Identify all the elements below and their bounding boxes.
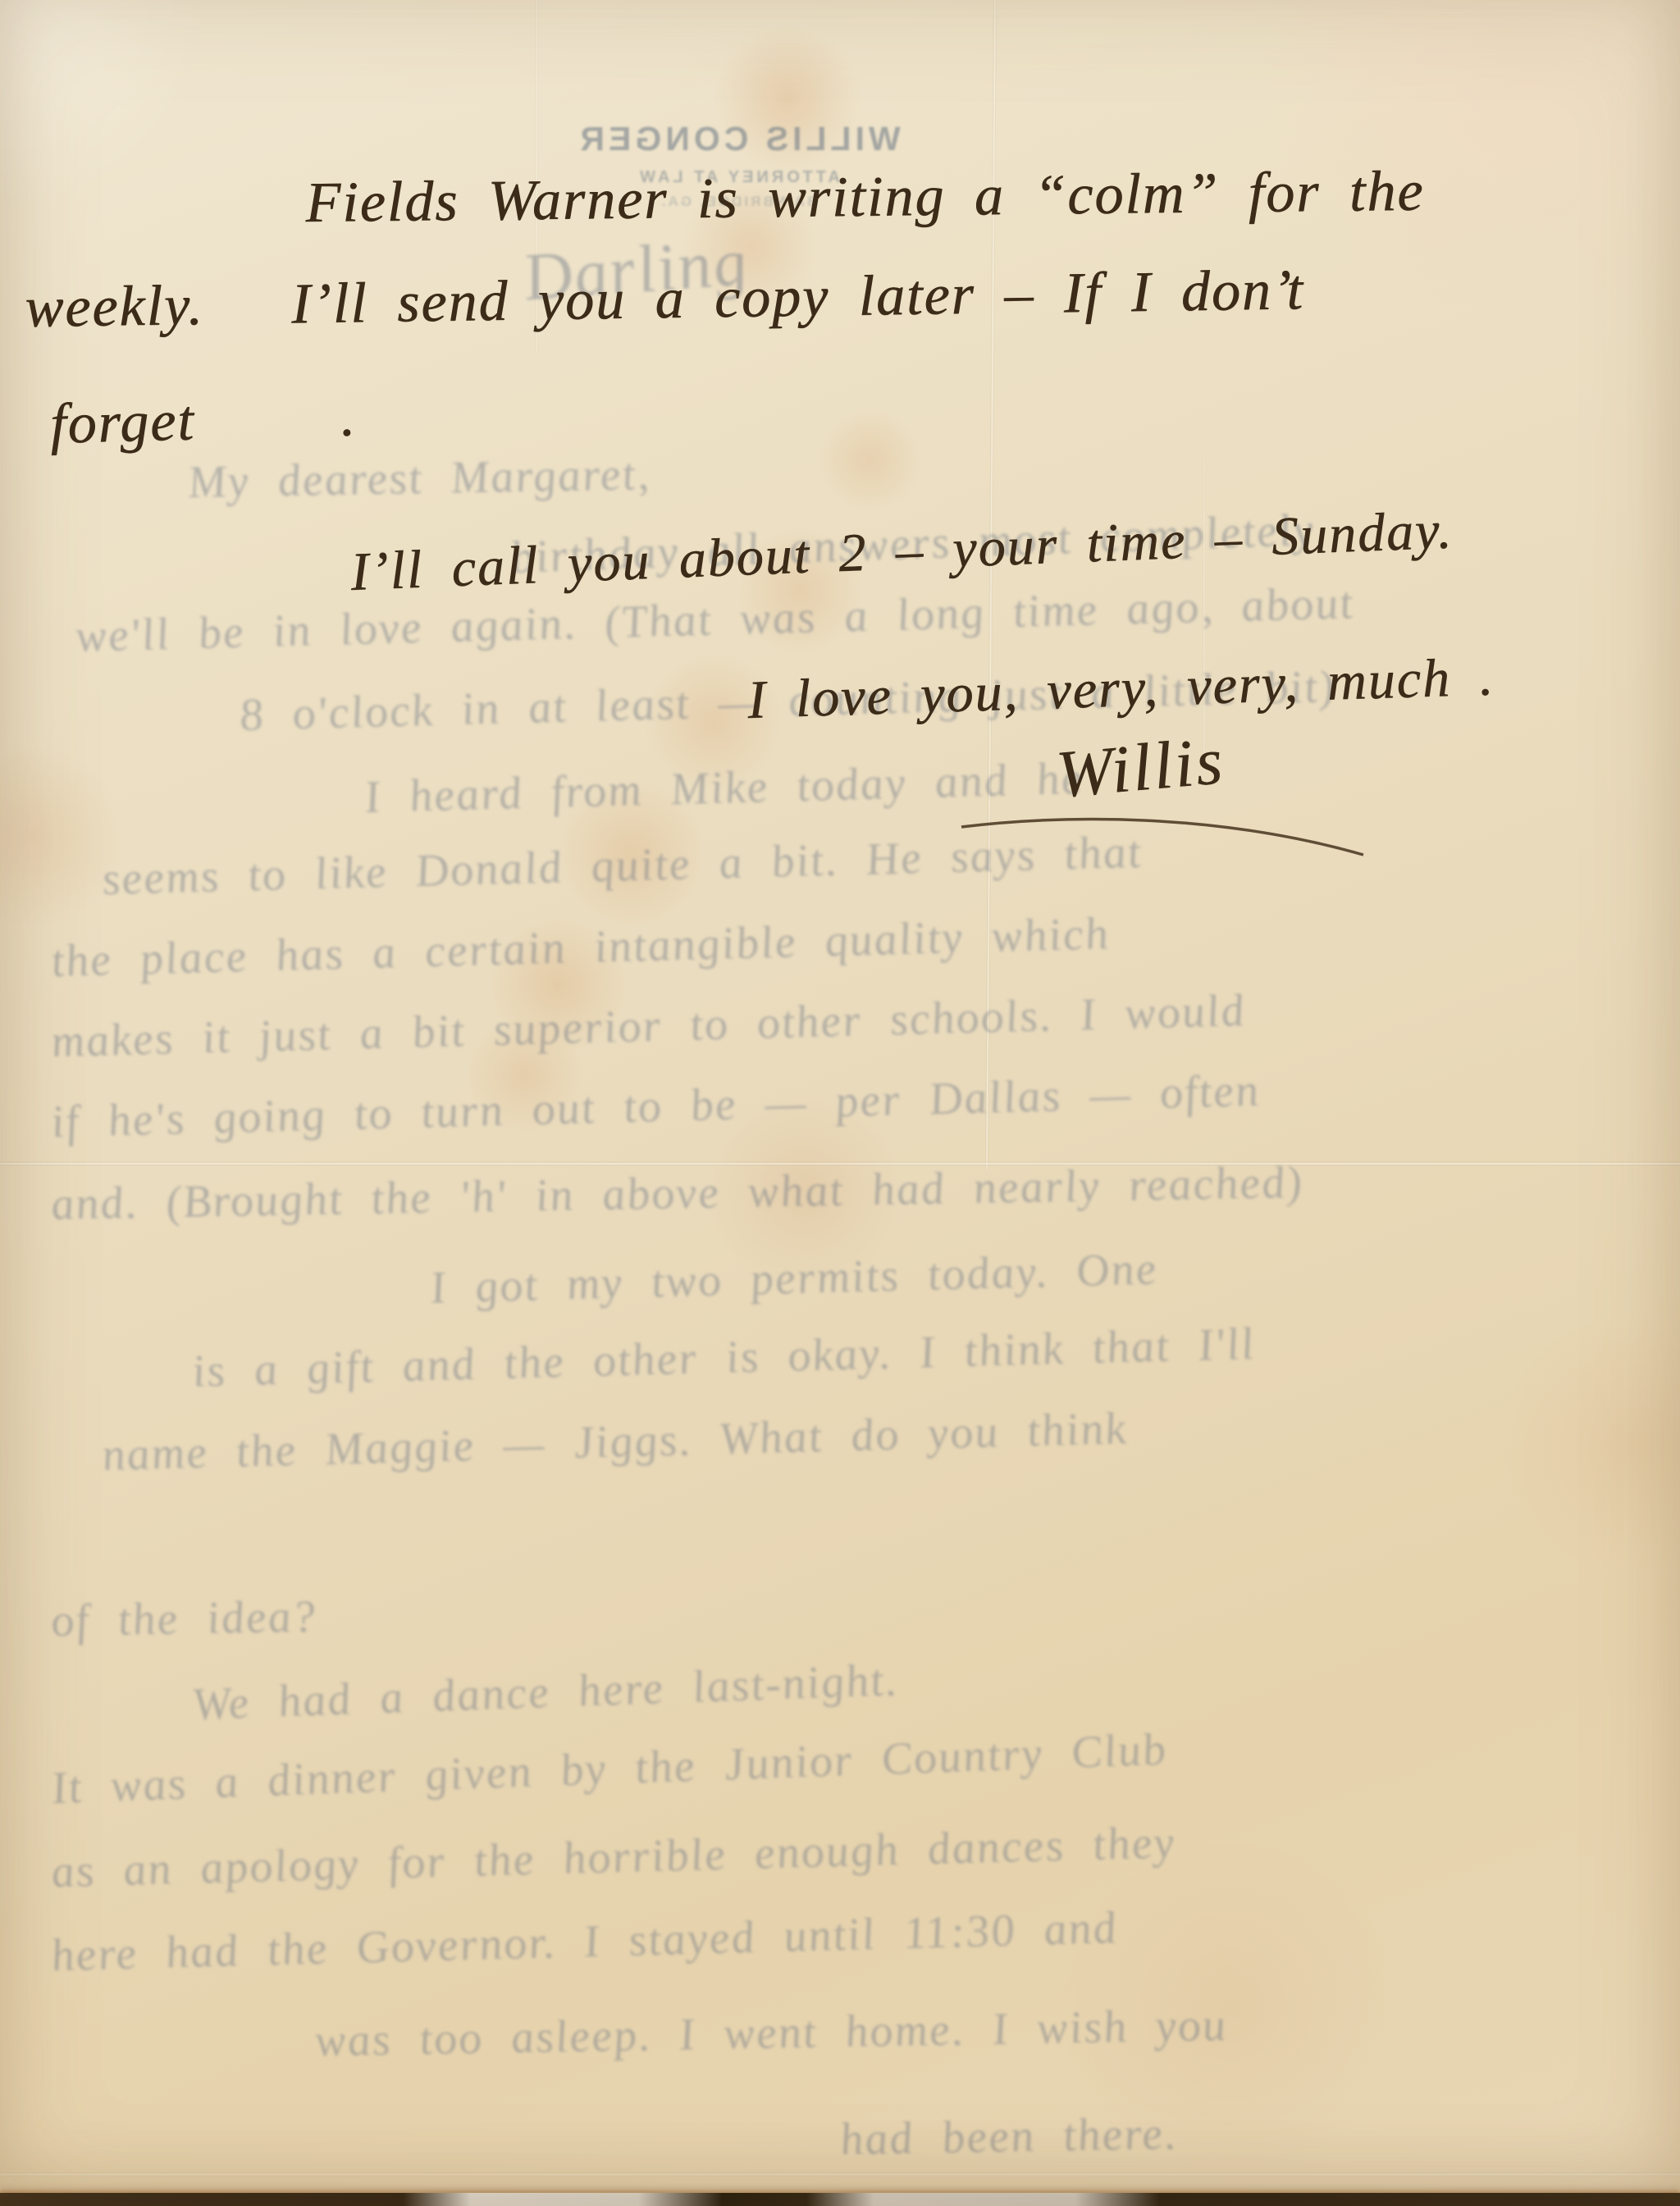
bleed-through-line: of the idea? [48,1590,320,1647]
signature: Willis [1053,722,1227,813]
bleed-through-line: if he's going to turn out to be — per Da… [48,1064,1263,1148]
handwriting-line: weekly. I’ll send you a copy later – If … [25,258,1304,341]
fold-crease-horizontal-bottom [0,2172,1680,2176]
bleed-through-line: My dearest Margaret, [185,448,653,509]
bleed-through-line: and. (Brought the 'h' in above what had … [48,1156,1306,1231]
bleed-through-line: as an apology for the horrible enough da… [48,1816,1179,1898]
bleed-through-line: name the Maggie — Jiggs. What do you thi… [98,1402,1130,1482]
bleed-through-line: the place has a certain intangible quali… [48,907,1112,988]
bleed-through-line: was too asleep. I went home. I wish you [312,1999,1230,2067]
scan-bottom-edge [0,2193,1680,2206]
handwriting-line: forget . [49,384,358,458]
handwriting-line: Fields Warner is writing a “colm” for th… [305,159,1425,236]
letter-scan: WILLIS CONGER ATTORNEY AT LAW BAINBRIDGE… [0,0,1680,2206]
bleed-through-line: I got my two permits today. One [427,1243,1161,1314]
bleed-through-line: We had a dance here last-night. [189,1654,902,1731]
bleed-through-line: It was a dinner given by the Junior Coun… [48,1724,1171,1815]
handwriting-line: I love you, very, very, much . [746,646,1495,732]
bleed-through-line: had been there. [837,2108,1180,2166]
letterhead-name: WILLIS CONGER [509,120,968,158]
signature-underline-flourish [953,809,1380,868]
bleed-through-line: makes it just a bit superior to other sc… [48,984,1249,1068]
bleed-through-line: is a gift and the other is okay. I think… [189,1318,1258,1398]
bleed-through-line: here had the Governor. I stayed until 11… [48,1902,1121,1982]
